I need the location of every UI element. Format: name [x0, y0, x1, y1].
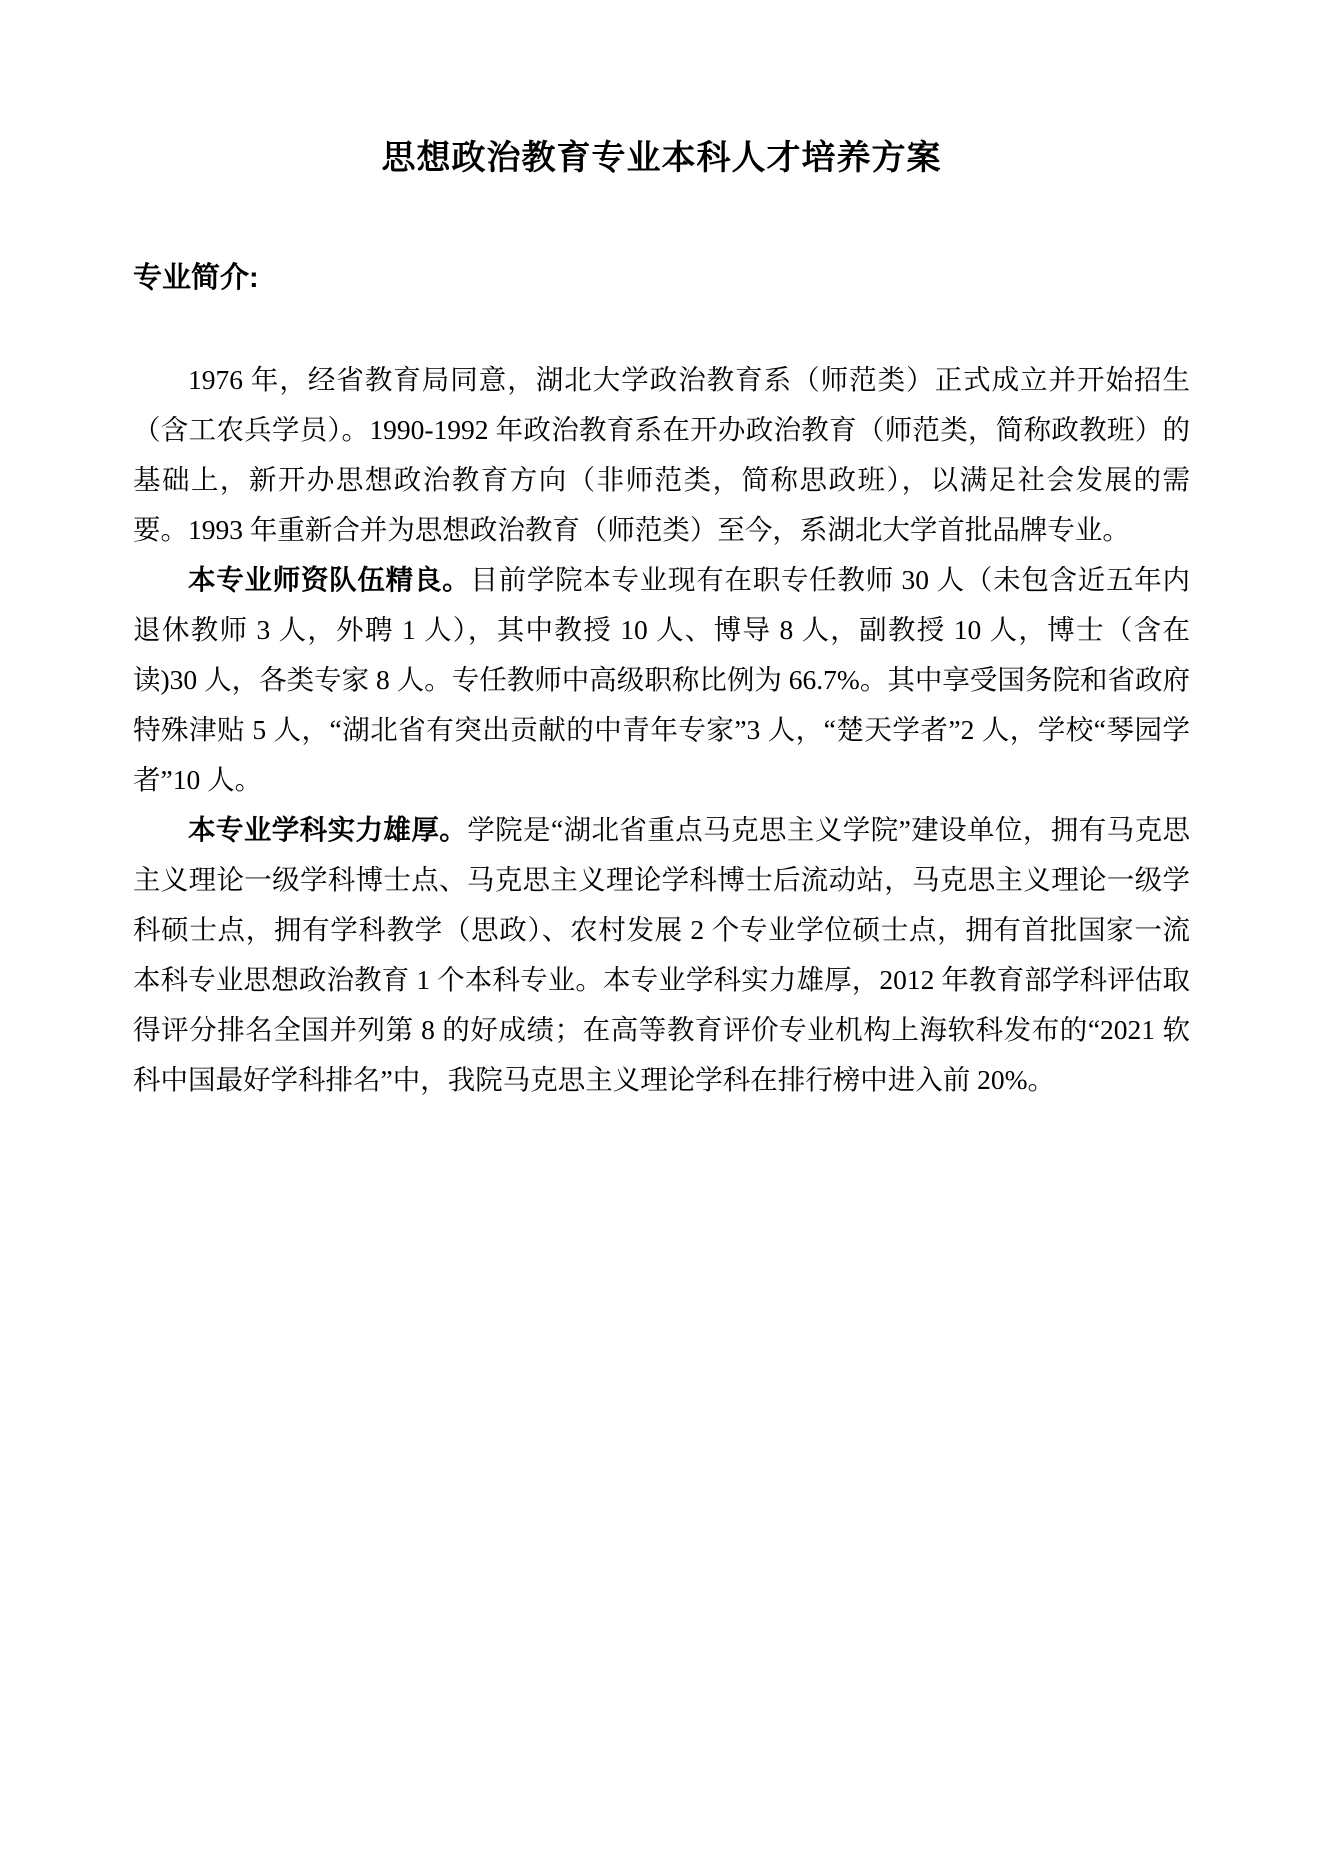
- paragraph-history-text: 1976 年，经省教育局同意，湖北大学政治教育系（师范类）正式成立并开始招生（含…: [133, 364, 1190, 545]
- paragraph-discipline: 本专业学科实力雄厚。学院是“湖北省重点马克思主义学院”建设单位，拥有马克思主义理…: [133, 805, 1190, 1105]
- section-heading-major-intro: 专业简介:: [133, 259, 1190, 297]
- document-body: 1976 年，经省教育局同意，湖北大学政治教育系（师范类）正式成立并开始招生（含…: [133, 355, 1190, 1105]
- paragraph-history: 1976 年，经省教育局同意，湖北大学政治教育系（师范类）正式成立并开始招生（含…: [133, 355, 1190, 555]
- paragraph-discipline-text: 学院是“湖北省重点马克思主义学院”建设单位，拥有马克思主义理论一级学科博士点、马…: [133, 814, 1190, 1095]
- document-page: 思想政治教育专业本科人才培养方案 专业简介: 1976 年，经省教育局同意，湖北…: [0, 0, 1317, 1866]
- paragraph-faculty: 本专业师资队伍精良。目前学院本专业现有在职专任教师 30 人（未包含近五年内退休…: [133, 555, 1190, 805]
- paragraph-faculty-lead: 本专业师资队伍精良。: [188, 564, 470, 595]
- paragraph-discipline-lead: 本专业学科实力雄厚。: [188, 814, 467, 845]
- document-title: 思想政治教育专业本科人才培养方案: [133, 137, 1190, 179]
- paragraph-faculty-text: 目前学院本专业现有在职专任教师 30 人（未包含近五年内退休教师 3 人，外聘 …: [133, 564, 1190, 795]
